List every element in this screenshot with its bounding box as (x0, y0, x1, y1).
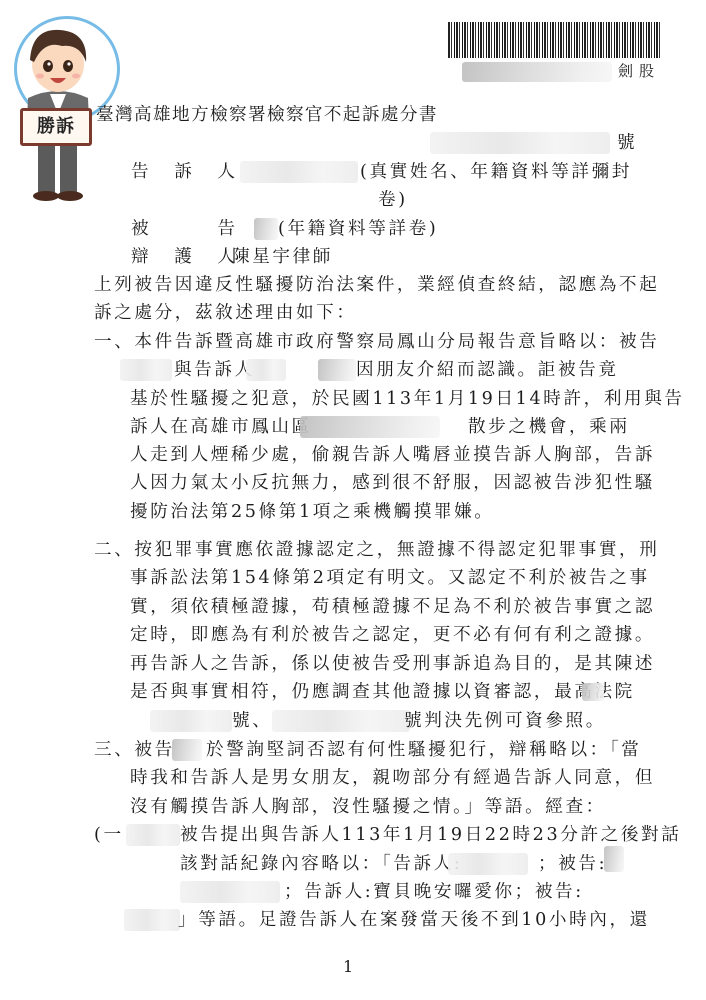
redacted-case-year (462, 62, 612, 82)
section-3-item-1-line-4: 」等語。足證告訴人在案發當天後不到10小時內，還 (178, 909, 650, 931)
redacted-location (300, 416, 440, 438)
redacted-chat-complainant (448, 853, 528, 875)
section-1-line-7: 擾防治法第25條第1項之乘機觸摸罪嫌。 (130, 501, 494, 523)
section-3-item-1-line-1: 被告提出與告訴人113年1月19日22時23分許之後對話 (180, 824, 681, 846)
section-3-line-3: 沒有觸摸告訴人胸部，沒性騷擾之情。」等語。經查： (130, 796, 606, 818)
redacted-chat-defendant-2 (124, 909, 180, 931)
section-2-line-6: 是否與事實相符，仍應調查其他證據以資審認，最高法院 (130, 681, 635, 703)
section-3-item-1-line-3: ；告訴人:寶貝晚安囉愛你；被告: (284, 881, 584, 903)
complainant-note-cont: 卷) (378, 189, 408, 211)
defendant-note: (年籍資料等詳卷) (278, 218, 438, 240)
section-1-line-6: 人因力氣太小反抗無力，感到很不舒服，因認被告涉犯性騷 (130, 472, 655, 494)
section-2-line-3: 實，須依積極證據，苟積極證據不足為不利於被告事實之認 (130, 596, 655, 618)
redacted-court-case-2 (150, 710, 232, 732)
section-3-line-2: 時我和告訴人是男女朋友，親吻部分有經過告訴人同意，但 (130, 767, 655, 789)
defender-label: 辯 護 人 (131, 246, 239, 268)
redacted-defendant-name-3 (172, 739, 202, 761)
redacted-chat-defendant-cont (180, 881, 280, 903)
section-3-line-1a: 三、被告 (94, 739, 175, 761)
redacted-complainant (240, 161, 358, 183)
redacted-complainant-name-2 (318, 359, 356, 381)
document-title: 臺灣高雄地方檢察署檢察官不起訴處分書 (96, 104, 438, 126)
case-number-suffix: 號 (617, 132, 637, 154)
section-3-item-1-prefix: (一 (94, 824, 124, 846)
section-2-line-4: 定時，即應為有利於被告之認定，更不必有何有利之證據。 (130, 624, 655, 646)
page-number: 1 (343, 956, 356, 978)
redacted-defendant-name (120, 359, 172, 381)
section-2-line-1: 二、按犯罪事實應依證據認定之，無證據不得認定犯罪事實，刑 (94, 539, 659, 561)
section-3-item-1-line-2b: ；被告: (538, 853, 607, 875)
section-1-line-4b: 散步之機會，乘兩 (468, 416, 630, 438)
section-1-line-1: 一、本件告訴暨高雄市政府警察局鳳山分局報告意旨略以：被告 (94, 331, 659, 353)
redacted-court-case-3 (272, 710, 410, 732)
section-2-line-7b: 號判決先例可資參照。 (404, 710, 606, 732)
section-2-line-2: 事訴訟法第154條第2項定有明文。又認定不利於被告之事 (130, 567, 650, 589)
section-1-line-2a: 與告訴人 (174, 359, 255, 381)
defender-name: 陳星宇律師 (232, 246, 333, 268)
section-1-line-4a: 訴人在高雄市鳳山區 (130, 416, 312, 438)
section-1-line-2b: 因朋友介紹而認識。詎被告竟 (356, 359, 619, 381)
section-2-line-7a: 號、 (232, 710, 272, 732)
defendant-label: 被 告 (131, 218, 239, 240)
section-1-line-3: 基於性騷擾之犯意，於民國113年1月19日14時許，利用與告 (130, 388, 685, 410)
section-1-line-5: 人走到人煙稀少處，偷親告訴人嘴唇並摸告訴人胸部，告訴 (130, 444, 655, 466)
redacted-court-case-1 (582, 683, 604, 701)
intro-line-1: 上列被告因違反性騷擾防治法案件，業經偵查終結，認應為不起 (94, 274, 659, 296)
complainant-label: 告 訴 人 (131, 161, 239, 183)
redacted-chat-defendant (604, 846, 624, 872)
redacted-item-1-heading (126, 824, 180, 846)
case-word: 劍股 (618, 60, 660, 82)
redacted-defendant (254, 218, 278, 240)
section-2-line-5: 再告訴人之告訴，係以使被告受刑事訴追為目的，是其陳述 (130, 653, 655, 675)
intro-line-2: 訴之處分，茲敘述理由如下： (94, 302, 357, 324)
barcode (448, 22, 660, 58)
redacted-case-number (430, 132, 610, 154)
section-3-line-1b: 於警詢堅詞否認有何性騷擾犯行，辯稱略以：「當 (206, 739, 641, 761)
redacted-complainant-name (246, 359, 286, 381)
mascot-sign: 勝訴 (20, 108, 92, 146)
section-3-item-1-line-2a: 該對話紀錄內容略以：「告訴人: (180, 853, 462, 875)
complainant-note: (真實姓名、年籍資料等詳彌封 (360, 161, 632, 183)
